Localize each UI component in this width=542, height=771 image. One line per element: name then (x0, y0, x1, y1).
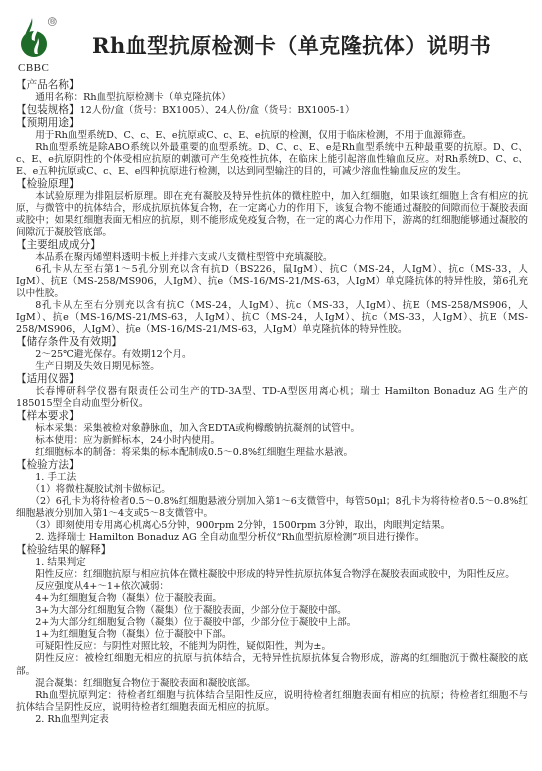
paragraph: 6孔卡从左至右第1～5孔分别充以含有抗D（BS226，鼠IgM）、抗C（MS-2… (16, 264, 528, 300)
section-components: 【主要组成成分】 本品系在聚丙烯塑料透明卡板上并排六支或八支微柱型管中充填凝胶。… (16, 239, 528, 336)
paragraph: 阳性反应：红细胞抗原与相应抗体在微柱凝胶中形成的特异性抗原抗体复合物浮在凝胶表面… (16, 569, 528, 581)
section-heading: 【包装规格】 (16, 104, 80, 116)
section-heading: 【适用仪器】 (16, 373, 528, 386)
paragraph: 通用名称：Rh血型抗原检测卡（单克隆抗体） (16, 92, 528, 104)
section-heading: 【储存条件及有效期】 (16, 336, 528, 349)
paragraph: 本品系在聚丙烯塑料透明卡板上并排六支或八支微柱型管中充填凝胶。 (16, 252, 528, 264)
section-heading: 【检验方法】 (16, 459, 528, 472)
paragraph: 2. 选择瑞士 Hamilton Bonaduz AG 全自动血型分析仪“Rh血… (16, 532, 528, 544)
paragraph: 12人份/盒（货号：BX1005）、24人份/盒（货号：BX1005-1） (80, 105, 355, 116)
logo-text: CBBC (18, 62, 49, 74)
paragraph: Rh血型抗原判定：待检者红细胞与抗体结合呈阳性反应，说明待检者红细胞表面有相应的… (16, 690, 528, 714)
paragraph: 阴性反应：被检红细胞无相应的抗原与抗体结合，无特异性抗原抗体复合物形成，游离的红… (16, 653, 528, 677)
paragraph: 4+为红细胞复合物（凝集）位于凝胶表面。 (16, 593, 528, 605)
paragraph: 2～25℃避光保存。有效期12个月。 (16, 349, 528, 361)
paragraph: 生产日期及失效日期见标签。 (16, 361, 528, 373)
section-heading: 【主要组成成分】 (16, 239, 528, 252)
document-header: ® CBBC Rh血型抗原检测卡（单克隆抗体）说明书 (0, 0, 542, 78)
section-principle: 【检验原理】 本试验原理为排阻层析原理。即在充有凝胶及特异性抗体的微柱腔中，加入… (16, 178, 528, 239)
section-heading: 【检验原理】 (16, 178, 528, 191)
paragraph: 长春博研科学仪器有限责任公司生产的TD-3A型、TD-A型医用离心机；瑞士 Ha… (16, 386, 528, 410)
paragraph: 2. Rh血型判定表 (16, 714, 528, 726)
paragraph: 标本使用：应为新鲜标本，24小时内使用。 (16, 435, 528, 447)
section-packaging: 【包装规格】12人份/盒（货号：BX1005）、24人份/盒（货号：BX1005… (16, 104, 528, 118)
paragraph: 反应强度从4+～1+依次减弱： (16, 581, 528, 593)
paragraph: 1. 手工法 (16, 472, 528, 484)
section-heading: 【样本要求】 (16, 410, 528, 423)
section-sample: 【样本要求】 标本采集：采集被检对象静脉血，加入含EDTA或枸橼酸钠抗凝剂的试管… (16, 410, 528, 459)
paragraph: （3）即刻使用专用离心机离心5分钟，900rpm 2分钟，1500rpm 3分钟… (16, 520, 528, 532)
section-intended-use: 【预期用途】 用于Rh血型系统D、C、c、E、e抗原或C、c、E、e抗原的检测，… (16, 117, 528, 178)
paragraph: 1+为红细胞复合物（凝集）位于凝胶中下部。 (16, 629, 528, 641)
paragraph: （2）6孔卡为将待检者0.5～0.8%红细胞悬液分别加入第1～6支微管中，每管5… (16, 496, 528, 520)
section-heading: 【预期用途】 (16, 117, 528, 130)
paragraph: Rh血型系统是除ABO系统以外最重要的血型系统。D、C、c、E、e是Rh血型系统… (16, 142, 528, 178)
paragraph: 8孔卡从左至右分别充以含有抗C（MS-24，人IgM）、抗c（MS-33，人Ig… (16, 300, 528, 336)
section-method: 【检验方法】 1. 手工法 （1）将微柱凝胶试剂卡做标记。 （2）6孔卡为将待检… (16, 459, 528, 544)
paragraph: 本试验原理为排阻层析原理。即在充有凝胶及特异性抗体的微柱腔中，加入红细胞，如果该… (16, 191, 528, 239)
section-storage: 【储存条件及有效期】 2～25℃避光保存。有效期12个月。 生产日期及失效日期见… (16, 336, 528, 373)
paragraph: 用于Rh血型系统D、C、c、E、e抗原或C、c、E、e抗原的检测，仅用于临床检测… (16, 130, 528, 142)
paragraph: 红细胞标本的制备：将采集的标本配制成0.5～0.8%红细胞生理盐水悬液。 (16, 447, 528, 459)
flame-leaf-logo-icon: ® (16, 14, 60, 62)
section-product-name: 【产品名称】 通用名称：Rh血型抗原检测卡（单克隆抗体） (16, 79, 528, 104)
paragraph: 3+为大部分红细胞复合物（凝集）位于凝胶表面，少部分位于凝胶中部。 (16, 605, 528, 617)
section-heading: 【检验结果的解释】 (16, 544, 528, 557)
document-body: 【产品名称】 通用名称：Rh血型抗原检测卡（单克隆抗体） 【包装规格】12人份/… (16, 79, 528, 726)
paragraph: 1. 结果判定 (16, 557, 528, 569)
section-instruments: 【适用仪器】 长春博研科学仪器有限责任公司生产的TD-3A型、TD-A型医用离心… (16, 373, 528, 410)
paragraph: 混合凝集：红细胞复合物位于凝胶表面和凝胶底部。 (16, 678, 528, 690)
section-heading: 【产品名称】 (16, 79, 528, 92)
page-title: Rh血型抗原检测卡（单克隆抗体）说明书 (92, 30, 491, 60)
paragraph: 标本采集：采集被检对象静脉血，加入含EDTA或枸橼酸钠抗凝剂的试管中。 (16, 423, 528, 435)
paragraph: 可疑阳性反应：与阴性对照比较，不能判为阴性，疑似阳性，判为±。 (16, 641, 528, 653)
section-interpretation: 【检验结果的解释】 1. 结果判定 阳性反应：红细胞抗原与相应抗体在微柱凝胶中形… (16, 544, 528, 726)
paragraph: （1）将微柱凝胶试剂卡做标记。 (16, 484, 528, 496)
paragraph: 2+为大部分红细胞复合物（凝集）位于凝胶中部，少部分位于凝胶中上部。 (16, 617, 528, 629)
